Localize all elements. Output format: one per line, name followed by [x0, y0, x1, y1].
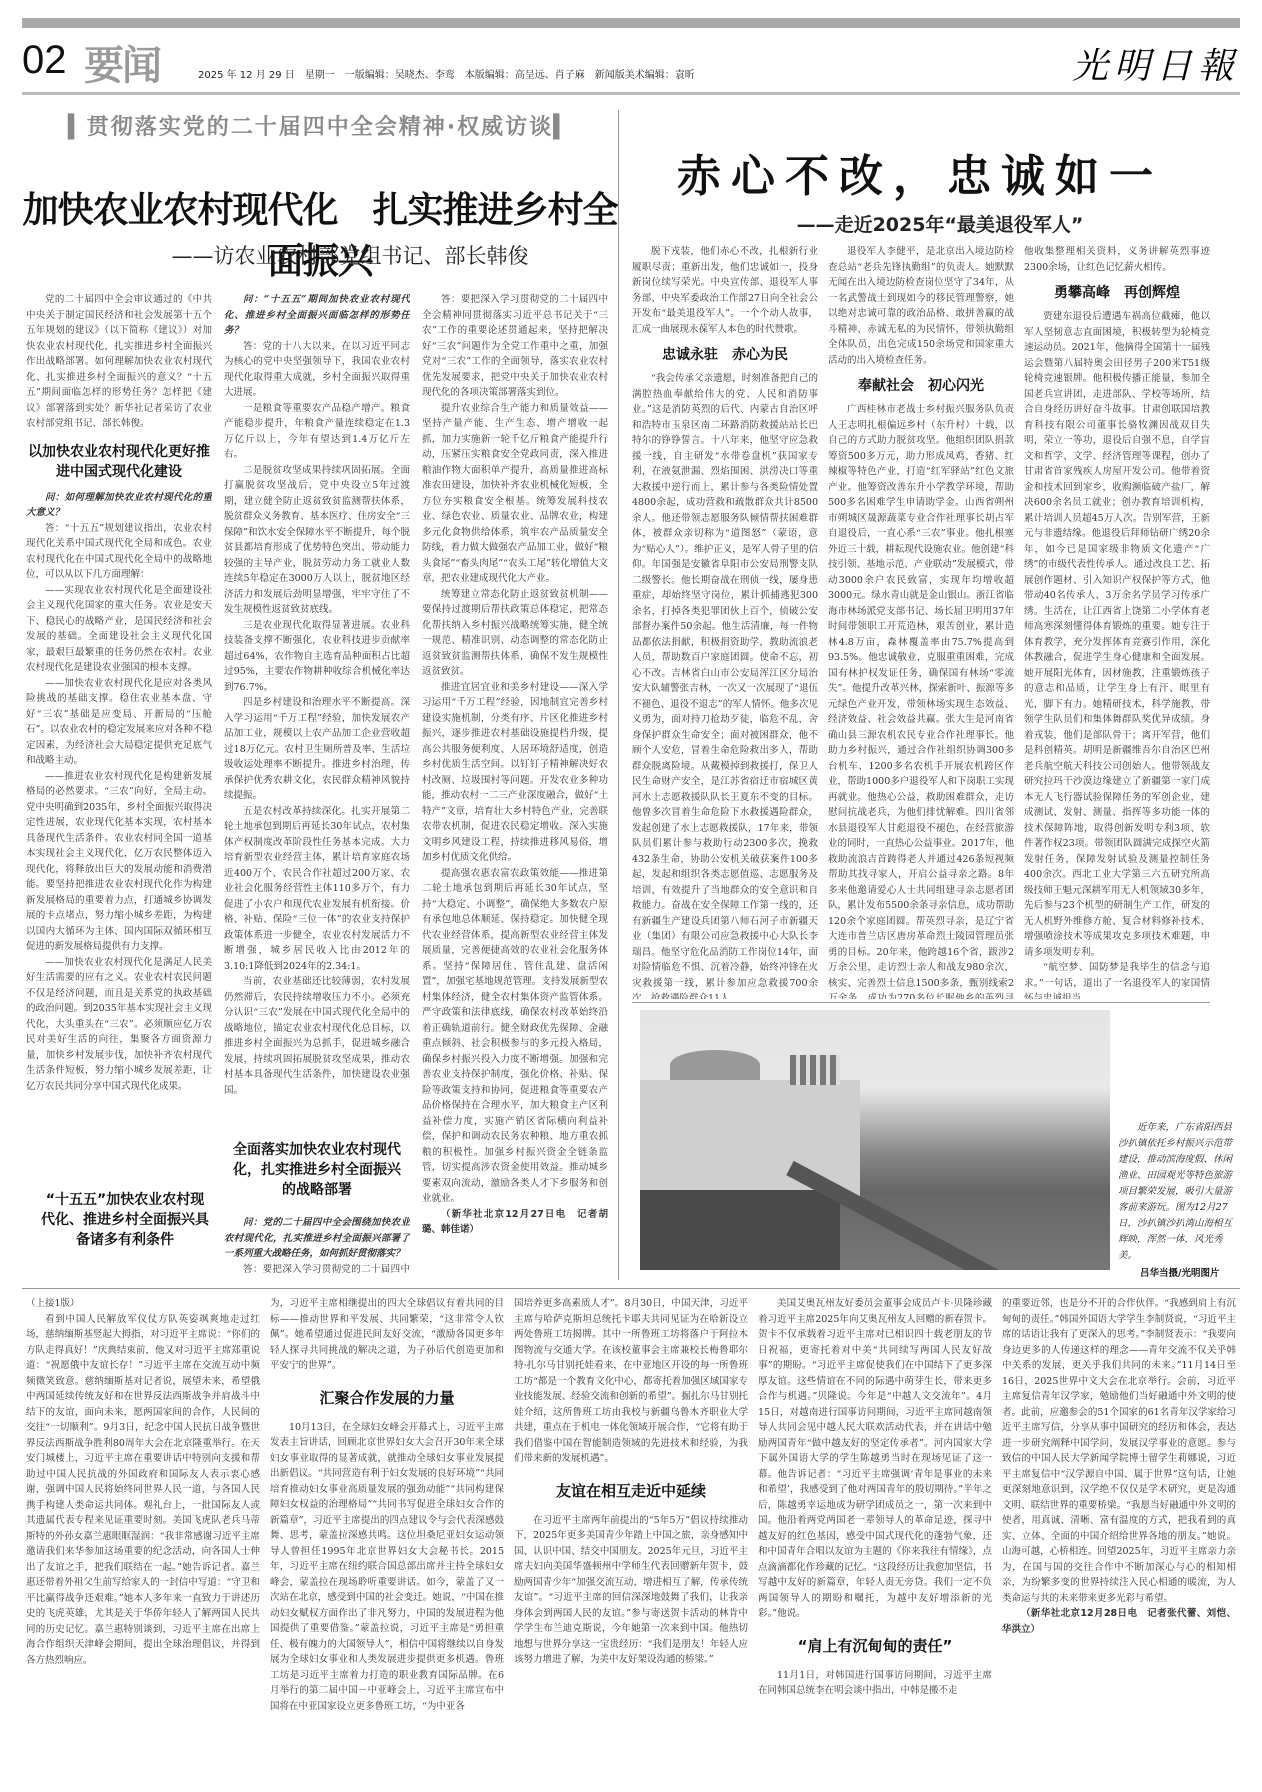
article3-paragraph: 10月13日，在全球妇女峰会开幕式上，习近平主席发表主旨讲话，回顾北京世界妇女大…	[270, 1420, 504, 1715]
column-divider	[618, 110, 619, 1280]
article1-credit: （新华社北京12月27日电 记者胡璐、韩佳诺）	[422, 1207, 608, 1238]
article2-paragraph: 退役军人李健平，是北京出入境边防检查总站“老兵先锋执勤组”的负责人。她默默无闻在…	[828, 244, 1014, 368]
article3-col1: （上接1版） 看到中国人民解放军仪仗方队英姿飒爽地走过红场，慈纳缅斯基竖起大拇指…	[26, 1296, 260, 1786]
article1-paragraph: ——推进农业农村现代化是构建新发展格局的必然要求。“三农”向好，全局主动。党中央…	[26, 769, 212, 955]
article2-subtitle: ——走近2025年“最美退役军人”	[700, 210, 1180, 237]
article2-intro: 脱下戎装，他们赤心不改，扎根新行业履职尽责；重新出发，他们忠诚如一，投身新岗位续…	[632, 244, 818, 337]
article1-col3: 答：要把深入学习贯彻党的二十届四中全会精神同贯彻落实习近平总书记关于“三农”工作…	[422, 292, 608, 1277]
section-divider	[22, 1288, 1240, 1289]
article3-paragraph: 的重要近邻，也是分不开的合作伙伴。“我感到肩上有沉甸甸的责任。”韩国外国语大学学…	[1002, 1296, 1236, 1606]
photo-hill	[670, 1050, 760, 1080]
article1-paragraph: 当前，农业基础还比较薄弱，农村发展仍然滞后，农民持续增收压力不小。必须充分认识“…	[224, 974, 410, 1098]
article2-paragraph: 贾建东退役后遭遇车祸高位截瘫，他以军人坚韧意志直面困境，积极转型为轮椅竞速运动员…	[1024, 309, 1210, 960]
article3-section3-heading: “肩上有沉甸甸的责任”	[758, 1634, 992, 1658]
article1-question3: 问：党的二十届四中全会围绕加快农业农村现代化，扎实推进乡村全面振兴部署了一系列重…	[224, 1215, 410, 1262]
article2-paragraph: 他收集整理相关资料，义务讲解英烈事迹2300余场，让红色记忆薪火相传。	[1024, 244, 1210, 275]
article3-col5: 的重要近邻，也是分不开的合作伙伴。“我感到肩上有沉甸甸的责任。”韩国外国语大学学…	[1002, 1296, 1236, 1786]
edition-meta: 2025 年 12 月 29 日 星期一 一版编辑：吴晓杰、李鸾 本版编辑：高呈…	[198, 66, 695, 81]
article1-paragraph: 三是农业现代化取得显著进展。农业科技装备支撑不断强化，农业科技进步贡献率超过64…	[224, 618, 410, 696]
photo-caption: 近年来，广东省阳西县沙扒镇依托乡村振兴示范带建设，推动滨海度假、休闲渔业、田园观…	[1118, 1120, 1238, 1264]
article2-section2-heading: 奉献社会 初心闪光	[828, 376, 1014, 396]
article1-paragraph: 统筹建立常态化防止返贫致贫机制——要保持过渡期后帮扶政策总体稳定，把常态化帮扶纳…	[422, 587, 608, 680]
article3-col3: 国培养更多高素质人才”。8月30日，中国天津，习近平主席与哈萨克斯坦总统托卡耶夫…	[514, 1296, 748, 1786]
article2-col3: 他收集整理相关资料，义务讲解英烈事迹2300余场，让红色记忆薪火相传。 勇攀高峰…	[1024, 244, 1210, 999]
article3-section1-heading: 汇聚合作发展的力量	[270, 1386, 504, 1410]
article3-col2: 为，习近平主席相继提出的四大全球倡议有着共同的目标——推动世界和平发展、共同繁荣…	[270, 1296, 504, 1786]
article1-col2: 问：“十五五”期间加快农业农村现代化、推进乡村全面振兴面临怎样的形势任务？ 答：…	[224, 292, 410, 1272]
article1-answer3: 答：要把深入学习贯彻党的二十届四中全会精神同贯彻落实习近平总书记关于“三农”工作…	[224, 1262, 410, 1276]
article2-col2: 退役军人李健平，是北京出入境边防检查总站“老兵先锋执勤组”的负责人。她默默无闻在…	[828, 244, 1014, 999]
column-banner: ▍贯彻落实党的二十届四中全会精神·权威访谈▍	[60, 110, 580, 141]
article1-paragraph: 二是脱贫攻坚成果持续巩固拓展。全面打赢脱贫攻坚战后，党中央设立5年过渡期，建立健…	[224, 463, 410, 618]
article1-intro: 党的二十届四中全会审议通过的《中共中央关于制定国民经济和社会发展第十五个五年规划…	[26, 292, 212, 432]
article3-paragraph: 国培养更多高素质人才”。8月30日，中国天津，习近平主席与哈萨克斯坦总统托卡耶夫…	[514, 1296, 748, 1467]
article3-col4: 美国艾奥瓦州友好委员会董事会成员卢卡·贝隆珍藏着习近平主席2025年向艾奥瓦州友…	[758, 1296, 992, 1786]
photo-top-rule	[632, 1002, 1210, 1003]
article1-paragraph: 推进宜居宜业和美乡村建设——深入学习运用“千万工程”经验，因地制宜完善乡村建设实…	[422, 680, 608, 866]
article1-paragraph: 一是粮食等重要农产品稳产增产。粮食产能稳步提升，年粮食产量连续稳定在1.3万亿斤…	[224, 401, 410, 463]
article1-answer2: 答：党的十八大以来，在以习近平同志为核心的党中央坚强领导下，我国农业农村现代化取…	[224, 339, 410, 401]
article1-section2-heading: “十五五”加快农业农村现代化、推进乡村全面振兴具备诸多有利条件	[40, 1190, 210, 1250]
article1-section1-heading: 以加快农业农村现代化更好推进中国式现代化建设	[26, 442, 212, 482]
article2-paragraph: 广西桂林市老战士乡村振兴服务队负责人王志明扎根偏远乡村（东升村）十载，以自己的方…	[828, 402, 1014, 999]
article3-credit: （新华社北京12月28日电 记者张代蕾、刘恺、华洪立）	[1002, 1606, 1236, 1637]
article3-paragraph: 为，习近平主席相继提出的四大全球倡议有着共同的目标——推动世界和平发展、共同繁荣…	[270, 1296, 504, 1374]
article1-paragraph: ——加快农业农村现代化是满足人民美好生活需要的应有之义。农业农村农民问题不仅是经…	[26, 955, 212, 1095]
top-rule	[22, 18, 1240, 28]
article2-section3-heading: 勇攀高峰 再创辉煌	[1024, 283, 1210, 303]
article2-paragraph: “我会传承父亲遗愿，时刻准备把自己的满腔热血奉献给伟大的党、人民和消防事业。”这…	[632, 371, 818, 999]
article1-question2: 问：“十五五”期间加快农业农村现代化、推进乡村全面振兴面临怎样的形势任务？	[224, 292, 410, 339]
article3-section2-heading: 友谊在相互走近中延续	[514, 1479, 748, 1503]
newspaper-logo: 光明日報	[1072, 38, 1240, 89]
article1-paragraph: 五是农村改革持续深化。扎实开展第二轮土地承包到期后再延长30年试点，农村集体产权…	[224, 804, 410, 975]
article2-headline: 赤心不改，忠诚如一	[640, 140, 1200, 204]
article2-section1-heading: 忠诚永驻 赤心为民	[632, 345, 818, 365]
article1-answer3-cont: 答：要把深入学习贯彻党的二十届四中全会精神同贯彻落实习近平总书记关于“三农”工作…	[422, 292, 608, 401]
article1-paragraph: ——实现农业农村现代化是全面建设社会主义现代化国家的重大任务。农业是安天下、稳民…	[26, 583, 212, 676]
article1-subtitle: ——访农业农村部党组书记、部长韩俊	[100, 240, 600, 270]
article2-col1: 脱下戎装，他们赤心不改，扎根新行业履职尽责；重新出发，他们忠诚如一，投身新岗位续…	[632, 244, 818, 999]
header-rule	[22, 92, 1240, 95]
article3-paragraph: 看到中国人民解放军仪仗方队英姿飒爽地走过红场，慈纳缅斯基竖起大拇指，对习近平主席…	[26, 1312, 260, 1669]
continued-note: （上接1版）	[26, 1296, 260, 1312]
article1-paragraph: 提升农业综合生产能力和质量效益——坚持产量产能、生产生态、增产增收一起抓，加力实…	[422, 401, 608, 587]
coastal-town-photo	[640, 1010, 1110, 1270]
section-title: 要闻	[84, 34, 160, 91]
photo-credit: 吕华当摄/光明图片	[1140, 1265, 1219, 1279]
article1-answer1: 答：“十五五”规划建议指出，农业农村现代化关系中国式现代化全局和成色。农业农村现…	[26, 521, 212, 583]
article1-paragraph: 提高强农惠农富农政策效能——推进第二轮土地承包到期后再延长30年试点，坚持“大稳…	[422, 866, 608, 1207]
article1-col1: 党的二十届四中全会审议通过的《中共中央关于制定国民经济和社会发展第十五个五年规划…	[26, 292, 212, 1272]
article1-section3-heading: 全面落实加快农业农村现代化，扎实推进乡村全面振兴的战略部署	[232, 1140, 402, 1200]
photo-forest	[640, 1190, 840, 1270]
article3-paragraph: 在习近平主席两年前提出的“5年5万”倡议持续推动下，2025年更多美国青少年踏上…	[514, 1513, 748, 1668]
page-header: 02 要闻 2025 年 12 月 29 日 星期一 一版编辑：吴晓杰、李鸾 本…	[22, 34, 1240, 84]
article3-paragraph: 11月1日，对韩国进行国事访问期间，习近平主席在同韩国总统李在明会谈中指出，中韩…	[758, 1668, 992, 1699]
page-number: 02	[22, 38, 67, 83]
article2-quote: “航空梦、国防梦是我毕生的信念与追求。”一句话，道出了一名退役军人的家国情怀与忠…	[1024, 960, 1210, 999]
article1-question1: 问：如何理解加快农业农村现代化的重大意义？	[26, 490, 212, 521]
article3-paragraph: 美国艾奥瓦州友好委员会董事会成员卢卡·贝隆珍藏着习近平主席2025年向艾奥瓦州友…	[758, 1296, 992, 1622]
article1-paragraph: ——加快农业农村现代化是应对各类风险挑战的基础支撑。稳住农业基本盘、守好“三农”…	[26, 676, 212, 769]
article1-col2-bottom: 问：党的二十届四中全会围绕加快农业农村现代化，扎实推进乡村全面振兴部署了一系列重…	[224, 1215, 410, 1275]
article1-paragraph: 四是乡村建设和治理水平不断提高。深入学习运用“千万工程”经验，加快发展农产品加工…	[224, 695, 410, 804]
photo-buildings	[790, 1055, 840, 1085]
